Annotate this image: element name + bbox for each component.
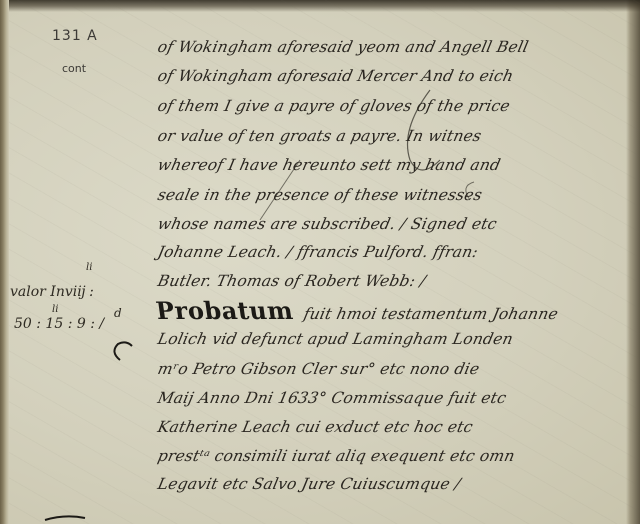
- valor-superscript: li: [86, 262, 92, 273]
- probatum-heading: Probatum: [154, 296, 295, 325]
- text-line-2: of Wokingham aforesaid Mercer And to eic…: [156, 67, 515, 85]
- margin-valor-label: valor Inviĳ :: [10, 284, 94, 300]
- manuscript-page: 131 A cont li valor Inviĳ : li d 50 : 15…: [0, 0, 640, 524]
- text-line-7: whose names are subscribed. / Signed etc: [156, 215, 499, 233]
- text-line-16: Legavit etc Salvo Jure Cuiuscumque /: [156, 475, 462, 493]
- continuation-note: cont: [62, 62, 86, 75]
- amount-superscript-d: d: [114, 306, 122, 320]
- text-line-12: mʳo Petro Gibson Cler sur° etc nono die: [156, 360, 481, 378]
- text-line-1: of Wokingham aforesaid yeom and Angell B…: [156, 38, 530, 56]
- text-line-5: whereof I have hereunto sett my hand and: [156, 156, 502, 174]
- text-line-14: Katherine Leach cui exduct etc hoc etc: [156, 418, 475, 436]
- margin-amount: 50 : 15 : 9 : /: [14, 316, 104, 332]
- text-line-probatum: Probatum fuit hmoi testamentum Johanne: [156, 296, 558, 325]
- text-line-6: seale in the presence of these witnesses: [156, 186, 484, 204]
- text-line-8: Johanne Leach. / ffrancis Pulford. ffran…: [156, 243, 480, 261]
- text-line-15: prestᵗᵃ consimili iurat aliq exequent et…: [156, 447, 517, 465]
- text-line-13: Maij Anno Dni 1633° Commissaque fuit etc: [156, 389, 508, 407]
- folio-number: 131 A: [52, 28, 98, 44]
- text-line-11: Lolich vid defunct apud Lamingham Londen: [156, 330, 515, 348]
- text-line-9: Butler. Thomas of Robert Webb: /: [156, 272, 428, 290]
- page-binding-edge: [0, 0, 9, 524]
- probatum-line-text: fuit hmoi testamentum Johanne: [302, 305, 560, 323]
- text-line-3: of them I give a payre of gloves of the …: [156, 97, 512, 115]
- text-line-4: or value of ten groats a payre. In witne…: [156, 127, 483, 145]
- amount-superscript-li: li: [52, 304, 58, 315]
